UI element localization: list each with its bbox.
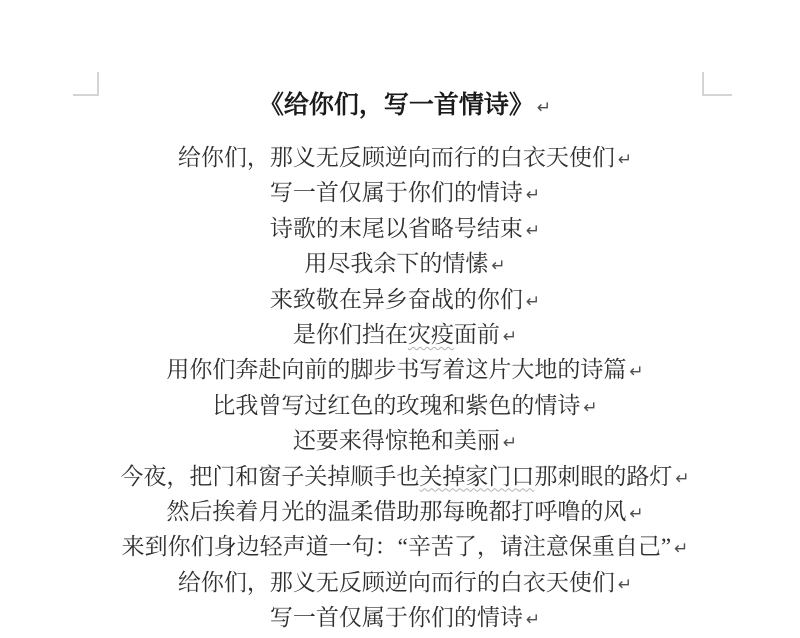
- paragraph-mark-icon: ↵: [618, 575, 632, 595]
- poem-line-text: 然后挨着月光的温柔借助那每晚都打呼噜的风: [166, 499, 626, 524]
- poem-line: 写一首仅属于你们的情诗↵: [10, 175, 800, 210]
- poem-title-text: 《给你们，写一首情诗》: [259, 92, 534, 119]
- poem-line: 给你们，那义无反顾逆向而行的白衣天使们↵: [10, 140, 800, 175]
- poem-line-text: 给你们，那义无反顾逆向而行的白衣天使们: [178, 145, 615, 170]
- paragraph-mark-icon: ↵: [674, 539, 688, 559]
- poem-line-text: 写一首仅属于你们的情诗: [270, 605, 523, 630]
- paragraph-mark-icon: ↵: [503, 433, 517, 453]
- poem-line-text: 那刺眼的路灯: [534, 464, 672, 489]
- poem-line-text: 写一首仅属于你们的情诗: [270, 180, 523, 205]
- paragraph-mark-icon: ↵: [675, 469, 689, 489]
- poem-line: 诗歌的末尾以省略号结束↵: [10, 211, 800, 246]
- spellcheck-flagged-text: 灾疫: [408, 322, 454, 347]
- spellcheck-flagged-text: 关掉家门口: [419, 464, 534, 489]
- paragraph-mark-icon: ↵: [618, 150, 632, 170]
- poem-line-text: 比我曾写过红色的玫瑰和紫色的情诗: [212, 393, 580, 418]
- poem-line-text: 给你们，那义无反顾逆向而行的白衣天使们: [178, 570, 615, 595]
- poem-line: 给你们，那义无反顾逆向而行的白衣天使们↵: [10, 565, 800, 600]
- poem-line: 是你们挡在灾疫面前↵: [10, 317, 800, 352]
- poem-line: 还要来得惊艳和美丽↵: [10, 423, 800, 458]
- poem-line: 来到你们身边轻声道一句：“辛苦了，请注意保重自己”↵: [10, 529, 800, 564]
- poem-title: 《给你们，写一首情诗》↵: [10, 90, 800, 124]
- poem-line: 来致敬在异乡奋战的你们↵: [10, 282, 800, 317]
- poem-line: 用尽我余下的情愫↵: [10, 246, 800, 281]
- poem-line: 用你们奔赴向前的脚步书写着这片大地的诗篇↵: [10, 352, 800, 387]
- poem-line-text: 用尽我余下的情愫: [304, 251, 488, 276]
- poem-line-text: 来到你们身边轻声道一句：“辛苦了，请注意保重自己”: [122, 534, 671, 559]
- paragraph-mark-icon: ↵: [629, 362, 643, 382]
- poem-line-text: 来致敬在异乡奋战的你们: [270, 287, 523, 312]
- poem-line: 今夜，把门和窗子关掉顺手也关掉家门口那刺眼的路灯↵: [10, 459, 800, 494]
- document-page: 《给你们，写一首情诗》↵ 给你们，那义无反顾逆向而行的白衣天使们↵写一首仅属于你…: [0, 0, 800, 638]
- paragraph-mark-icon: ↵: [537, 98, 551, 118]
- poem-line-text: 面前: [454, 322, 500, 347]
- paragraph-mark-icon: ↵: [629, 504, 643, 524]
- poem-line: 然后挨着月光的温柔借助那每晚都打呼噜的风↵: [10, 494, 800, 529]
- paragraph-mark-icon: ↵: [491, 256, 505, 276]
- paragraph-mark-icon: ↵: [526, 292, 540, 312]
- paragraph-mark-icon: ↵: [526, 610, 540, 630]
- poem-body: 《给你们，写一首情诗》↵ 给你们，那义无反顾逆向而行的白衣天使们↵写一首仅属于你…: [10, 0, 800, 635]
- poem-line-text: 今夜，把门和窗子关掉顺手也: [120, 464, 419, 489]
- paragraph-mark-icon: ↵: [503, 327, 517, 347]
- poem-line: 比我曾写过红色的玫瑰和紫色的情诗↵: [10, 388, 800, 423]
- paragraph-mark-icon: ↵: [526, 221, 540, 241]
- poem-line-text: 诗歌的末尾以省略号结束: [270, 216, 523, 241]
- poem-line-text: 还要来得惊艳和美丽: [293, 428, 500, 453]
- poem-line-text: 是你们挡在: [293, 322, 408, 347]
- poem-line-text: 用你们奔赴向前的脚步书写着这片大地的诗篇: [166, 357, 626, 382]
- poem-lines: 给你们，那义无反顾逆向而行的白衣天使们↵写一首仅属于你们的情诗↵诗歌的末尾以省略…: [10, 140, 800, 635]
- paragraph-mark-icon: ↵: [526, 185, 540, 205]
- poem-line: 写一首仅属于你们的情诗↵: [10, 600, 800, 635]
- paragraph-mark-icon: ↵: [583, 398, 597, 418]
